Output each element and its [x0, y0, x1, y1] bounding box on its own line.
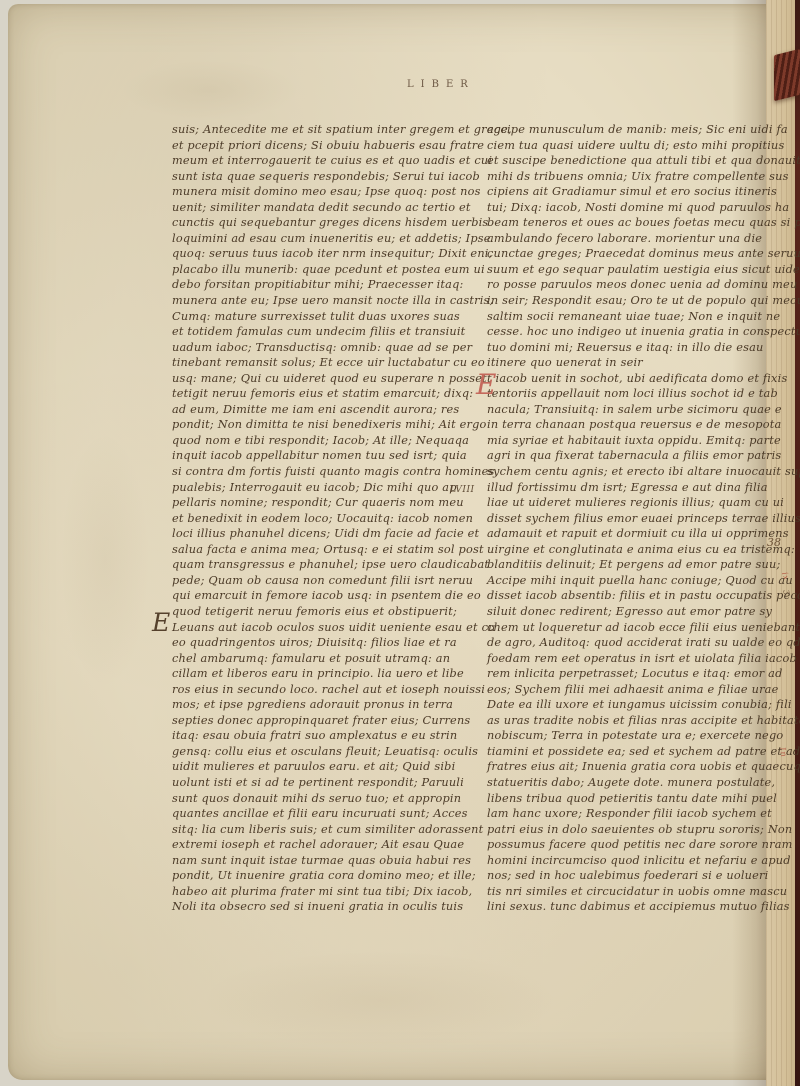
text-column-right: accipe munusculum de manib: meis; Sic en… — [487, 122, 787, 915]
text-line: sychem centu agnis; et erecto ibi altare… — [487, 464, 787, 480]
text-line: uenit; similiter mandata dedit secundo a… — [172, 200, 472, 216]
text-line: uolunt isti et si ad te pertinent respon… — [172, 775, 472, 791]
text-line: illud fortissimu dm isrt; Egressa e aut … — [487, 480, 787, 496]
text-line: nacula; Transiuitq: in salem urbe sicimo… — [487, 402, 787, 418]
text-line: quoq: seruus tuus iacob iter nrm insequi… — [172, 246, 472, 262]
text-line: tetigit neruu femoris eius et statim ema… — [172, 386, 472, 402]
text-line: t iacob uenit in sochot, ubi aedificata … — [487, 371, 787, 387]
text-line: mia syriae et habitauit iuxta oppidu. Em… — [487, 433, 787, 449]
text-line: Leuans aut iacob oculos suos uidit uenie… — [172, 620, 472, 636]
text-line: tis nri similes et circucidatur in uobis… — [487, 884, 787, 900]
text-line: disset iacob absentib: filiis et in past… — [487, 588, 787, 604]
text-line: munera ante eu; Ipse uero mansit nocte i… — [172, 293, 472, 309]
text-line: cipiens ait Gradiamur simul et ero sociu… — [487, 184, 787, 200]
text-column-left: suis; Antecedite me et sit spatium inter… — [172, 122, 472, 915]
text-line: ro posse paruulos meos donec uenia ad do… — [487, 277, 787, 293]
text-line: homini incircumciso quod inlicitu et nef… — [487, 853, 787, 869]
text-line: pellaris nomine; respondit; Cur quaeris … — [172, 495, 472, 511]
initial-letter-brown: E — [152, 608, 170, 637]
text-line: statueritis dabo; Augete dote. munera po… — [487, 775, 787, 791]
text-line: possumus facere quod petitis nec dare so… — [487, 837, 787, 853]
text-line: libens tribua quod petieritis tantu date… — [487, 791, 787, 807]
text-line: sunt quos donauit mihi ds seruo tuo; et … — [172, 791, 472, 807]
text-line: salua facta e anima mea; Ortusq: e ei st… — [172, 542, 472, 558]
text-line: disset sychem filius emor euaei princeps… — [487, 511, 787, 527]
text-line: ambulando fecero laborare. morientur una… — [487, 231, 787, 247]
text-line: nam sunt inquit istae turmae quas obuia … — [172, 853, 472, 869]
text-line: pede; Quam ob causa non comedunt filii i… — [172, 573, 472, 589]
text-line: chem ut loqueretur ad iacob ecce filii e… — [487, 620, 787, 636]
text-line: Cumq: mature surrexisset tulit duas uxor… — [172, 309, 472, 325]
manuscript-photo: ix ʒ In LIBER suis; Antecedite me et sit… — [0, 0, 800, 1086]
text-line: sunt ista quae sequeris respondebis; Ser… — [172, 169, 472, 185]
text-line: et benedixit in eodem loco; Uocauitq: ia… — [172, 511, 472, 527]
text-line: siluit donec redirent; Egresso aut emor … — [487, 604, 787, 620]
text-line: mihi ds tribuens omnia; Uix fratre compe… — [487, 169, 787, 185]
text-line: eo quadringentos uiros; Diuisitq: filios… — [172, 635, 472, 651]
text-line: meum et interrogauerit te cuius es et qu… — [172, 153, 472, 169]
headband — [774, 49, 800, 101]
text-line: munera misit domino meo esau; Ipse quoq:… — [172, 184, 472, 200]
text-line: cillam et liberos earu in principio. lia… — [172, 666, 472, 682]
text-line: placabo illu munerib: quae pcedunt et po… — [172, 262, 472, 278]
text-line: ad eum, Dimitte me iam eni ascendit auro… — [172, 402, 472, 418]
text-line: as uras tradite nobis et filias nras acc… — [487, 713, 787, 729]
text-line: itinere quo uenerat in seir — [487, 355, 787, 371]
text-line: uadum iaboc; Transductisq: omnib: quae a… — [172, 340, 472, 356]
text-line: extremi ioseph et rachel adorauer; Ait e… — [172, 837, 472, 853]
text-line: quam transgressus e phanuhel; ipse uero … — [172, 557, 472, 573]
text-line: liae ut uideret mulieres regionis illius… — [487, 495, 787, 511]
text-line: pualebis; Interrogauit eu iacob; Dic mih… — [172, 480, 472, 496]
text-line: in terra chanaan postqua reuersus e de m… — [487, 417, 787, 433]
text-line: pondit, Ut inuenire gratia cora domino m… — [172, 868, 472, 884]
text-line: saltim socii remaneant uiae tuae; Non e … — [487, 309, 787, 325]
text-line: foedam rem eet operatus in isrt et uiola… — [487, 651, 787, 667]
text-line: tuo domini mi; Reuersus e itaq: in illo … — [487, 340, 787, 356]
folio-number-marginal: 38 — [767, 536, 781, 549]
text-line: chel ambarumq: famularu et posuit utramq… — [172, 651, 472, 667]
text-line: loci illius phanuhel dicens; Uidi dm fac… — [172, 526, 472, 542]
text-line: et suscipe benedictione qua attuli tibi … — [487, 153, 787, 169]
text-line: Date ea illi uxore et iungamus uicissim … — [487, 697, 787, 713]
text-line: si contra dm fortis fuisti quanto magis … — [172, 464, 472, 480]
text-line: inquit iacob appellabitur nomen tuu sed … — [172, 448, 472, 464]
text-line: quantes ancillae et filii earu incuruati… — [172, 806, 472, 822]
text-line: suum et ego sequar paulatim uestigia eiu… — [487, 262, 787, 278]
running-title: LIBER — [407, 79, 475, 90]
text-line: usq: mane; Qui cu uideret quod eu supera… — [172, 371, 472, 387]
text-line: tui; Dixq: iacob, Nosti domine mi quod p… — [487, 200, 787, 216]
text-line: suis; Antecedite me et sit spatium inter… — [172, 122, 472, 138]
text-line: in seir; Respondit esau; Oro te ut de po… — [487, 293, 787, 309]
text-line: eos; Sychem filii mei adhaesit anima e f… — [487, 682, 787, 698]
text-line: uirgine et conglutinata e anima eius cu … — [487, 542, 787, 558]
text-line: habeo ait plurima frater mi sint tua tib… — [172, 884, 472, 900]
chapter-number-marginal: LVIII — [450, 485, 475, 495]
text-line: Noli ita obsecro sed si inueni gratia in… — [172, 899, 472, 915]
text-line: accipe munusculum de manib: meis; Sic en… — [487, 122, 787, 138]
text-line: tentoriis appellauit nom loci illius soc… — [487, 386, 787, 402]
text-line: Accipe mihi inquit puella hanc coniuge; … — [487, 573, 787, 589]
text-line: pondit; Non dimitta te nisi benedixeris … — [172, 417, 472, 433]
text-line: rem inlicita perpetrasset; Locutus e ita… — [487, 666, 787, 682]
text-line: nobiscum; Terra in potestate ura e; exer… — [487, 728, 787, 744]
text-line: cunctae greges; Praecedat dominus meus a… — [487, 246, 787, 262]
text-line: nos; sed in hoc ualebimus foederari si e… — [487, 868, 787, 884]
text-line: ciem tua quasi uidere uultu di; esto mih… — [487, 138, 787, 154]
text-line: lam hanc uxore; Responder filii iacob sy… — [487, 806, 787, 822]
text-line: agri in qua fixerat tabernacula a filiis… — [487, 448, 787, 464]
text-line: qui emarcuit in femore iacob usq: in pse… — [172, 588, 472, 604]
text-line: fratres eius ait; Inuenia gratia cora uo… — [487, 759, 787, 775]
text-line: adamauit et rapuit et dormiuit cu illa u… — [487, 526, 787, 542]
text-line: gensq: collu eius et osculans fleuit; Le… — [172, 744, 472, 760]
text-line: itaq: esau obuia fratri suo amplexatus e… — [172, 728, 472, 744]
initial-letter-red: E — [476, 368, 496, 401]
text-line: beam teneros et oues ac boues foetas mec… — [487, 215, 787, 231]
text-line: debo forsitan propitiabitur mihi; Praece… — [172, 277, 472, 293]
text-line: de agro, Auditoq: quod acciderat irati s… — [487, 635, 787, 651]
text-line: et totidem famulas cum undecim filiis et… — [172, 324, 472, 340]
text-line: patri eius in dolo saeuientes ob stupru … — [487, 822, 787, 838]
text-line: blanditiis delinuit; Et pergens ad emor … — [487, 557, 787, 573]
text-line: ros eius in secundo loco. rachel aut et … — [172, 682, 472, 698]
text-line: lini sexus. tunc dabimus et accipiemus m… — [487, 899, 787, 915]
text-line: mos; et ipse pgrediens adorauit pronus i… — [172, 697, 472, 713]
text-line: quod tetigerit neruu femoris eius et obs… — [172, 604, 472, 620]
text-line: et pcepit priori dicens; Si obuiu habuer… — [172, 138, 472, 154]
text-line: cesse. hoc uno indigeo ut inuenia gratia… — [487, 324, 787, 340]
text-line: septies donec appropinquaret frater eius… — [172, 713, 472, 729]
text-line: quod nom e tibi respondit; Iacob; At ill… — [172, 433, 472, 449]
text-line: tinebant remansit solus; Et ecce uir luc… — [172, 355, 472, 371]
text-line: cunctis qui sequebantur greges dicens hi… — [172, 215, 472, 231]
text-line: sitq: lia cum liberis suis; et cum simil… — [172, 822, 472, 838]
text-line: loquimini ad esau cum inueneritis eu; et… — [172, 231, 472, 247]
text-line: tiamini et possidete ea; sed et sychem a… — [487, 744, 787, 760]
text-line: uidit mulieres et paruulos earu. et ait;… — [172, 759, 472, 775]
